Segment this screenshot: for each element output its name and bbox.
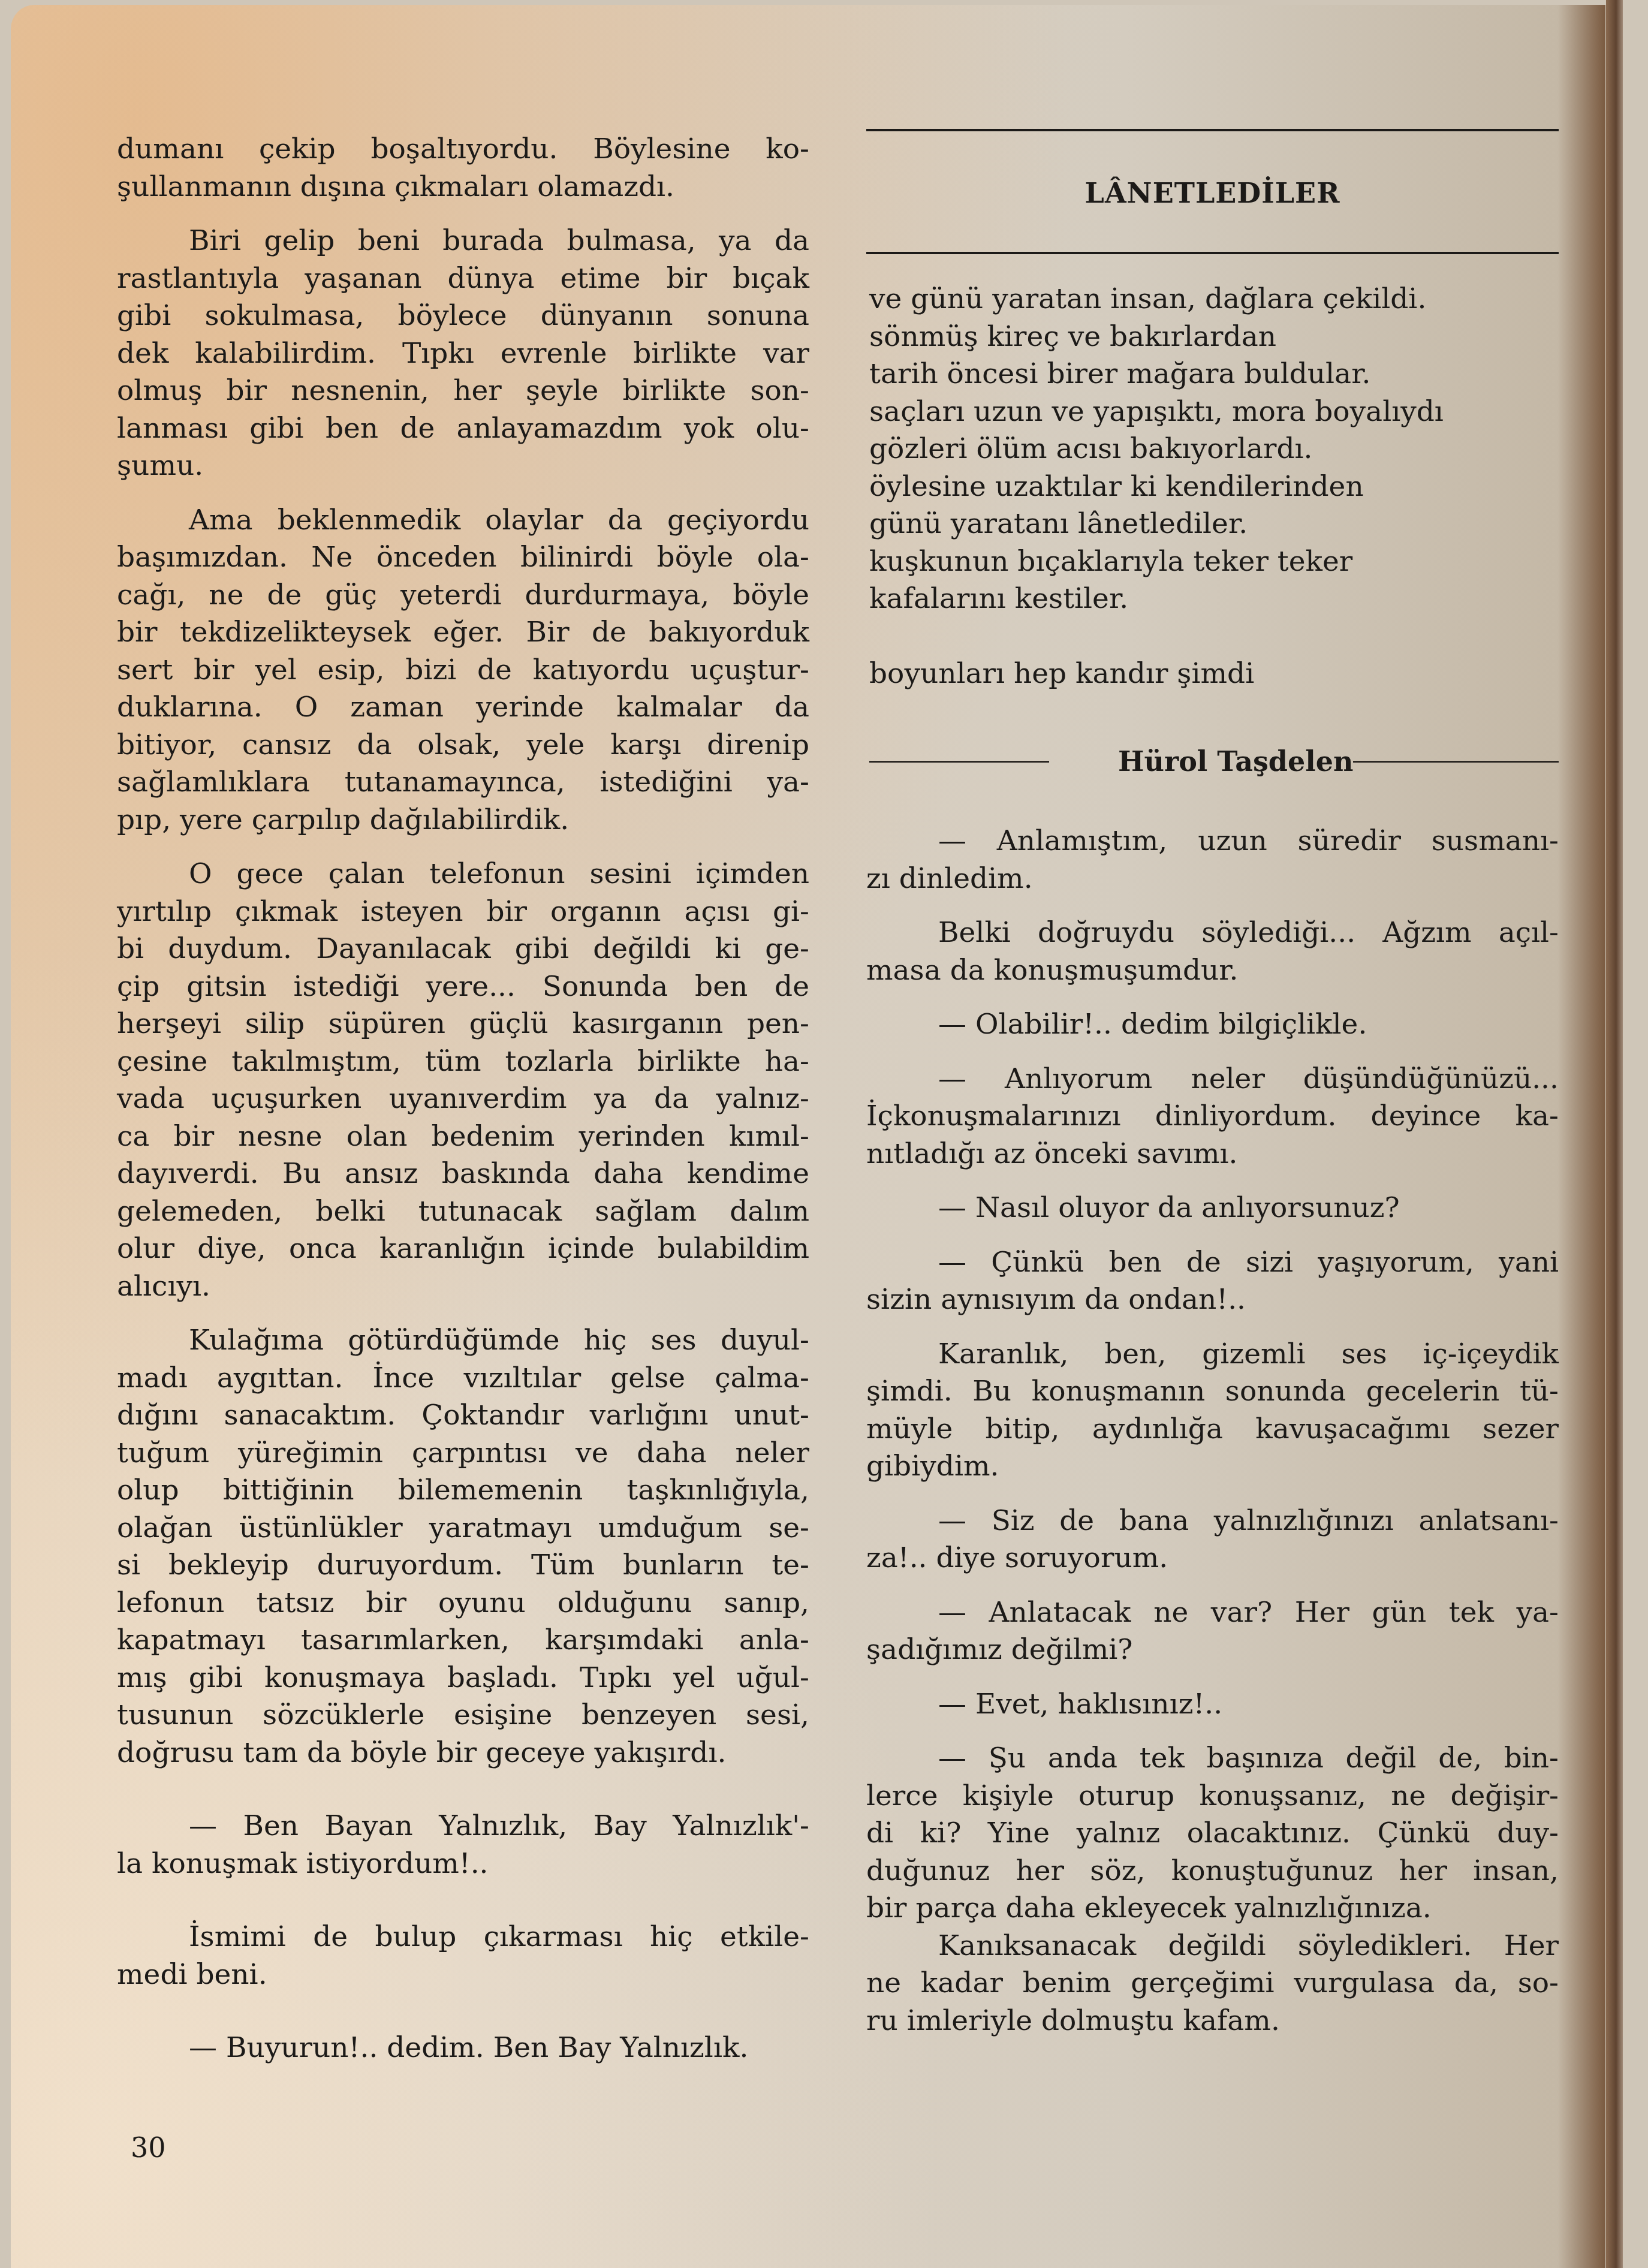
text-line: — Nasıl oluyor da anlıyorsunuz? <box>866 1189 1559 1227</box>
title-rule-bottom <box>866 252 1559 254</box>
text-line: şullanmanın dışına çıkmaları olamazdı. <box>117 168 809 206</box>
text-line: İçkonuşmalarınızı dinliyordum. deyince k… <box>866 1098 1559 1135</box>
text-line: lefonun tatsız bir oyunu olduğunu sanıp, <box>117 1585 809 1622</box>
paragraph: — Buyurun!.. dedim. Ben Bay Yalnızlık. <box>117 2029 809 2067</box>
text-line: duğunuz her söz, konuştuğunuz her insan, <box>866 1853 1559 1890</box>
text-line: pıp, yere çarpılıp dağılabilirdik. <box>117 802 809 839</box>
text-line: dayıverdi. Bu ansız baskında daha kendim… <box>117 1155 809 1193</box>
text-line: gelemeden, belki tutunacak sağlam dalım <box>117 1193 809 1231</box>
text-line: Karanlık, ben, gizemli ses iç-içeydik <box>866 1336 1559 1374</box>
poem-line: öylesine uzaktılar ki kendilerinden <box>869 468 1529 506</box>
text-line: olup bittiğinin bilememenin taşkınlığıyl… <box>117 1472 809 1510</box>
text-line: yırtılıp çıkmak isteyen bir organın açıs… <box>117 893 809 931</box>
text-line: lanması gibi ben de anlayamazdım yok olu… <box>117 410 809 448</box>
text-line: vada uçuşurken uyanıverdim ya da yalnız- <box>117 1080 809 1118</box>
poem-line: ve günü yaratan insan, dağlara çekildi. <box>869 281 1529 318</box>
poem-line: gözleri ölüm acısı bakıyorlardı. <box>869 430 1529 468</box>
byline-rule-right <box>1353 761 1559 763</box>
poem-title-block: LÂNETLEDİLER <box>866 117 1559 261</box>
text-line: zı dinledim. <box>866 860 1559 898</box>
text-line: mış gibi konuşmaya başladı. Tıpkı yel uğ… <box>117 1659 809 1697</box>
paragraph-gap <box>117 206 809 222</box>
text-line: alıcıyı. <box>117 1268 809 1306</box>
author-name: Hürol Taşdelen <box>1118 745 1353 778</box>
paragraph: Belki doğruydu söylediği... Ağzım açıl-m… <box>866 914 1559 989</box>
text-line: Belki doğruydu söylediği... Ağzım açıl- <box>866 914 1559 952</box>
text-line: şadığımız değilmi? <box>866 1631 1559 1669</box>
paragraph: — Anlatacak ne var? Her gün tek ya-şadığ… <box>866 1594 1559 1669</box>
text-line: doğrusu tam da böyle bir geceye yakışırd… <box>117 1734 809 1772</box>
paragraph: — Anlamıştım, uzun süredir susmanı-zı di… <box>866 823 1559 897</box>
poem-line: tarih öncesi birer mağara buldular. <box>869 356 1529 393</box>
text-line: za!.. diye soruyorum. <box>866 1540 1559 1577</box>
poem-line <box>869 618 1529 656</box>
poem-line: sönmüş kireç ve bakırlardan <box>869 318 1529 356</box>
text-line: ne kadar benim gerçeğimi vurgulasa da, s… <box>866 1965 1559 2002</box>
text-line: dığını sanacaktım. Çoktandır varlığını u… <box>117 1397 809 1435</box>
text-line: Kanıksanacak değildi söyledikleri. Her <box>866 1927 1559 1965</box>
byline-rule-left <box>869 761 1049 763</box>
text-line: — Anlamıştım, uzun süredir susmanı- <box>866 823 1559 860</box>
left-column-text: dumanı çekip boşaltıyordu. Böylesine ko-… <box>117 131 809 2067</box>
paragraph-gap <box>866 1173 1559 1189</box>
page-number: 30 <box>131 2131 166 2164</box>
text-line: bir tekdizelikteysek eğer. Bir de bakıyo… <box>117 614 809 652</box>
paragraph: — Evet, haklısınız!.. <box>866 1686 1559 1724</box>
paragraph-gap <box>117 485 809 502</box>
paragraph-gap <box>866 1723 1559 1740</box>
text-line: bitiyor, cansız da olsak, yele karşı dir… <box>117 727 809 764</box>
paragraph-gap <box>866 1044 1559 1061</box>
poem-body: ve günü yaratan insan, dağlara çekildi.s… <box>869 281 1529 693</box>
paragraph: Biri gelip beni burada bulmasa, ya daras… <box>117 222 809 485</box>
paragraph: — Anlıyorum neler düşündüğünüzü...İçkonu… <box>866 1061 1559 1173</box>
paragraph: O gece çalan telefonun sesini içimdenyır… <box>117 856 809 1305</box>
text-line: herşeyi silip süpüren güçlü kasırganın p… <box>117 1005 809 1043</box>
text-line: — Evet, haklısınız!.. <box>866 1686 1559 1724</box>
paragraph: Ama beklenmedik olaylar da geçiyordubaşı… <box>117 502 809 839</box>
paragraph: Kulağıma götürdüğümde hiç ses duyul-madı… <box>117 1322 809 1772</box>
text-line: medi beni. <box>117 1956 809 1994</box>
text-line: gibi sokulmasa, böylece dünyanın sonuna <box>117 297 809 335</box>
poem-title: LÂNETLEDİLER <box>866 177 1559 209</box>
text-line: ca bir nesne olan bedenim yerinden kımıl… <box>117 1118 809 1156</box>
text-line: tusunun sözcüklerle esişine benzeyen ses… <box>117 1697 809 1734</box>
paragraph-gap <box>117 1305 809 1322</box>
text-line: sizin aynısıyım da ondan!.. <box>866 1281 1559 1319</box>
text-line: Kulağıma götürdüğümde hiç ses duyul- <box>117 1322 809 1360</box>
text-line: bir parça daha ekleyecek yalnızlığınıza. <box>866 1890 1559 1927</box>
text-line: nıtladığı az önceki savımı. <box>866 1135 1559 1173</box>
poem-line: günü yaratanı lânetlediler. <box>869 505 1529 543</box>
poem-line: saçları uzun ve yapışıktı, mora boyalıyd… <box>869 393 1529 431</box>
page-edge-shadow <box>1606 0 1623 2268</box>
paragraph: — Olabilir!.. dedim bilgiçlikle. <box>866 1006 1559 1044</box>
text-line: masa da konuşmuşumdur. <box>866 952 1559 990</box>
text-line: — Olabilir!.. dedim bilgiçlikle. <box>866 1006 1559 1044</box>
paragraph: dumanı çekip boşaltıyordu. Böylesine ko-… <box>117 131 809 206</box>
text-line: — Anlatacak ne var? Her gün tek ya- <box>866 1594 1559 1632</box>
paragraph-gap <box>117 1883 809 1918</box>
paragraph-gap <box>117 839 809 856</box>
text-line: Ama beklenmedik olaylar da geçiyordu <box>117 502 809 540</box>
text-line: şimdi. Bu konuşmanın sonunda gecelerin t… <box>866 1373 1559 1411</box>
paragraph: — Ben Bayan Yalnızlık, Bay Yalnızlık'-la… <box>117 1808 809 1883</box>
text-line: lerce kişiyle oturup konuşsanız, ne deği… <box>866 1778 1559 1815</box>
text-line: O gece çalan telefonun sesini içimden <box>117 856 809 893</box>
paragraph: — Çünkü ben de sizi yaşıyorum, yanisizin… <box>866 1244 1559 1319</box>
text-line: — Ben Bayan Yalnızlık, Bay Yalnızlık'- <box>117 1808 809 1845</box>
text-line: olmuş bir nesnenin, her şeyle birlikte s… <box>117 372 809 410</box>
paragraph-gap <box>866 897 1559 914</box>
paragraph: — Nasıl oluyor da anlıyorsunuz? <box>866 1189 1559 1227</box>
text-line: — Siz de bana yalnızlığınızı anlatsanı- <box>866 1502 1559 1540</box>
text-line: gibiydim. <box>866 1448 1559 1486</box>
text-line: cağı, ne de güç yeterdi durdurmaya, böyl… <box>117 577 809 615</box>
text-line: madı aygıttan. İnce vızıltılar gelse çal… <box>117 1360 809 1397</box>
paragraph: Karanlık, ben, gizemli ses iç-içeydikşim… <box>866 1336 1559 1486</box>
author-byline: Hürol Taşdelen <box>869 743 1559 779</box>
text-line: — Şu anda tek başınıza değil de, bin- <box>866 1740 1559 1778</box>
poem-line: boyunları hep kandır şimdi <box>869 655 1529 693</box>
paragraph: İsmimi de bulup çıkarması hiç etkile-med… <box>117 1918 809 1993</box>
text-line: rastlantıyla yaşanan dünya etime bir bıç… <box>117 260 809 298</box>
text-line: bi duydum. Dayanılacak gibi değildi ki g… <box>117 930 809 968</box>
text-line: — Çünkü ben de sizi yaşıyorum, yani <box>866 1244 1559 1282</box>
text-line: di ki? Yine yalnız olacaktınız. Çünkü du… <box>866 1815 1559 1853</box>
text-line: tuğum yüreğimin çarpıntısı ve daha neler <box>117 1435 809 1472</box>
paragraph-gap <box>117 1993 809 2029</box>
paragraph: — Siz de bana yalnızlığınızı anlatsanı-z… <box>866 1502 1559 1577</box>
text-line: dumanı çekip boşaltıyordu. Böylesine ko- <box>117 131 809 168</box>
text-line: — Buyurun!.. dedim. Ben Bay Yalnızlık. <box>117 2029 809 2067</box>
text-line: olağan üstünlükler yaratmayı umduğum se- <box>117 1510 809 1547</box>
poem-line: kuşkunun bıçaklarıyla teker teker <box>869 543 1529 581</box>
paragraph-gap <box>866 1669 1559 1686</box>
paragraph-gap <box>866 989 1559 1006</box>
paragraph-gap <box>866 1319 1559 1336</box>
text-line: duklarına. O zaman yerinde kalmalar da <box>117 689 809 727</box>
text-line: sağlamlıklara tutanamayınca, istediğini … <box>117 764 809 802</box>
paragraph-gap <box>866 1486 1559 1502</box>
paragraph-gap <box>117 1772 809 1808</box>
title-rule-top <box>866 129 1559 131</box>
text-line: — Anlıyorum neler düşündüğünüzü... <box>866 1061 1559 1098</box>
paragraph: — Şu anda tek başınıza değil de, bin-ler… <box>866 1740 1559 1927</box>
text-line: İsmimi de bulup çıkarması hiç etkile- <box>117 1918 809 1956</box>
text-line: olur diye, onca karanlığın içinde bulabi… <box>117 1230 809 1268</box>
text-line: kapatmayı tasarımlarken, karşımdaki anla… <box>117 1622 809 1659</box>
text-line: müyle bitip, aydınlığa kavuşacağımı seze… <box>866 1411 1559 1448</box>
paragraph-gap <box>866 1577 1559 1594</box>
text-line: çip gitsin istediği yere... Sonunda ben … <box>117 968 809 1006</box>
text-line: dek kalabilirdim. Tıpkı evrenle birlikte… <box>117 335 809 373</box>
text-line: la konuşmak istiyordum!.. <box>117 1845 809 1883</box>
paragraph-gap <box>866 1227 1559 1244</box>
text-line: başımızdan. Ne önceden bilinirdi böyle o… <box>117 539 809 577</box>
text-line: sert bir yel esip, bizi de katıyordu uçu… <box>117 652 809 689</box>
text-line: Biri gelip beni burada bulmasa, ya da <box>117 222 809 260</box>
right-column-text: — Anlamıştım, uzun süredir susmanı-zı di… <box>866 823 1559 2040</box>
text-line: çesine takılmıştım, tüm tozlarla birlikt… <box>117 1043 809 1081</box>
paragraph: Kanıksanacak değildi söyledikleri. Herne… <box>866 1927 1559 2040</box>
text-line: si bekleyip duruyordum. Tüm bunların te- <box>117 1547 809 1585</box>
text-line: ru imleriyle dolmuştu kafam. <box>866 2002 1559 2040</box>
text-line: şumu. <box>117 447 809 485</box>
poem-line: kafalarını kestiler. <box>869 580 1529 618</box>
